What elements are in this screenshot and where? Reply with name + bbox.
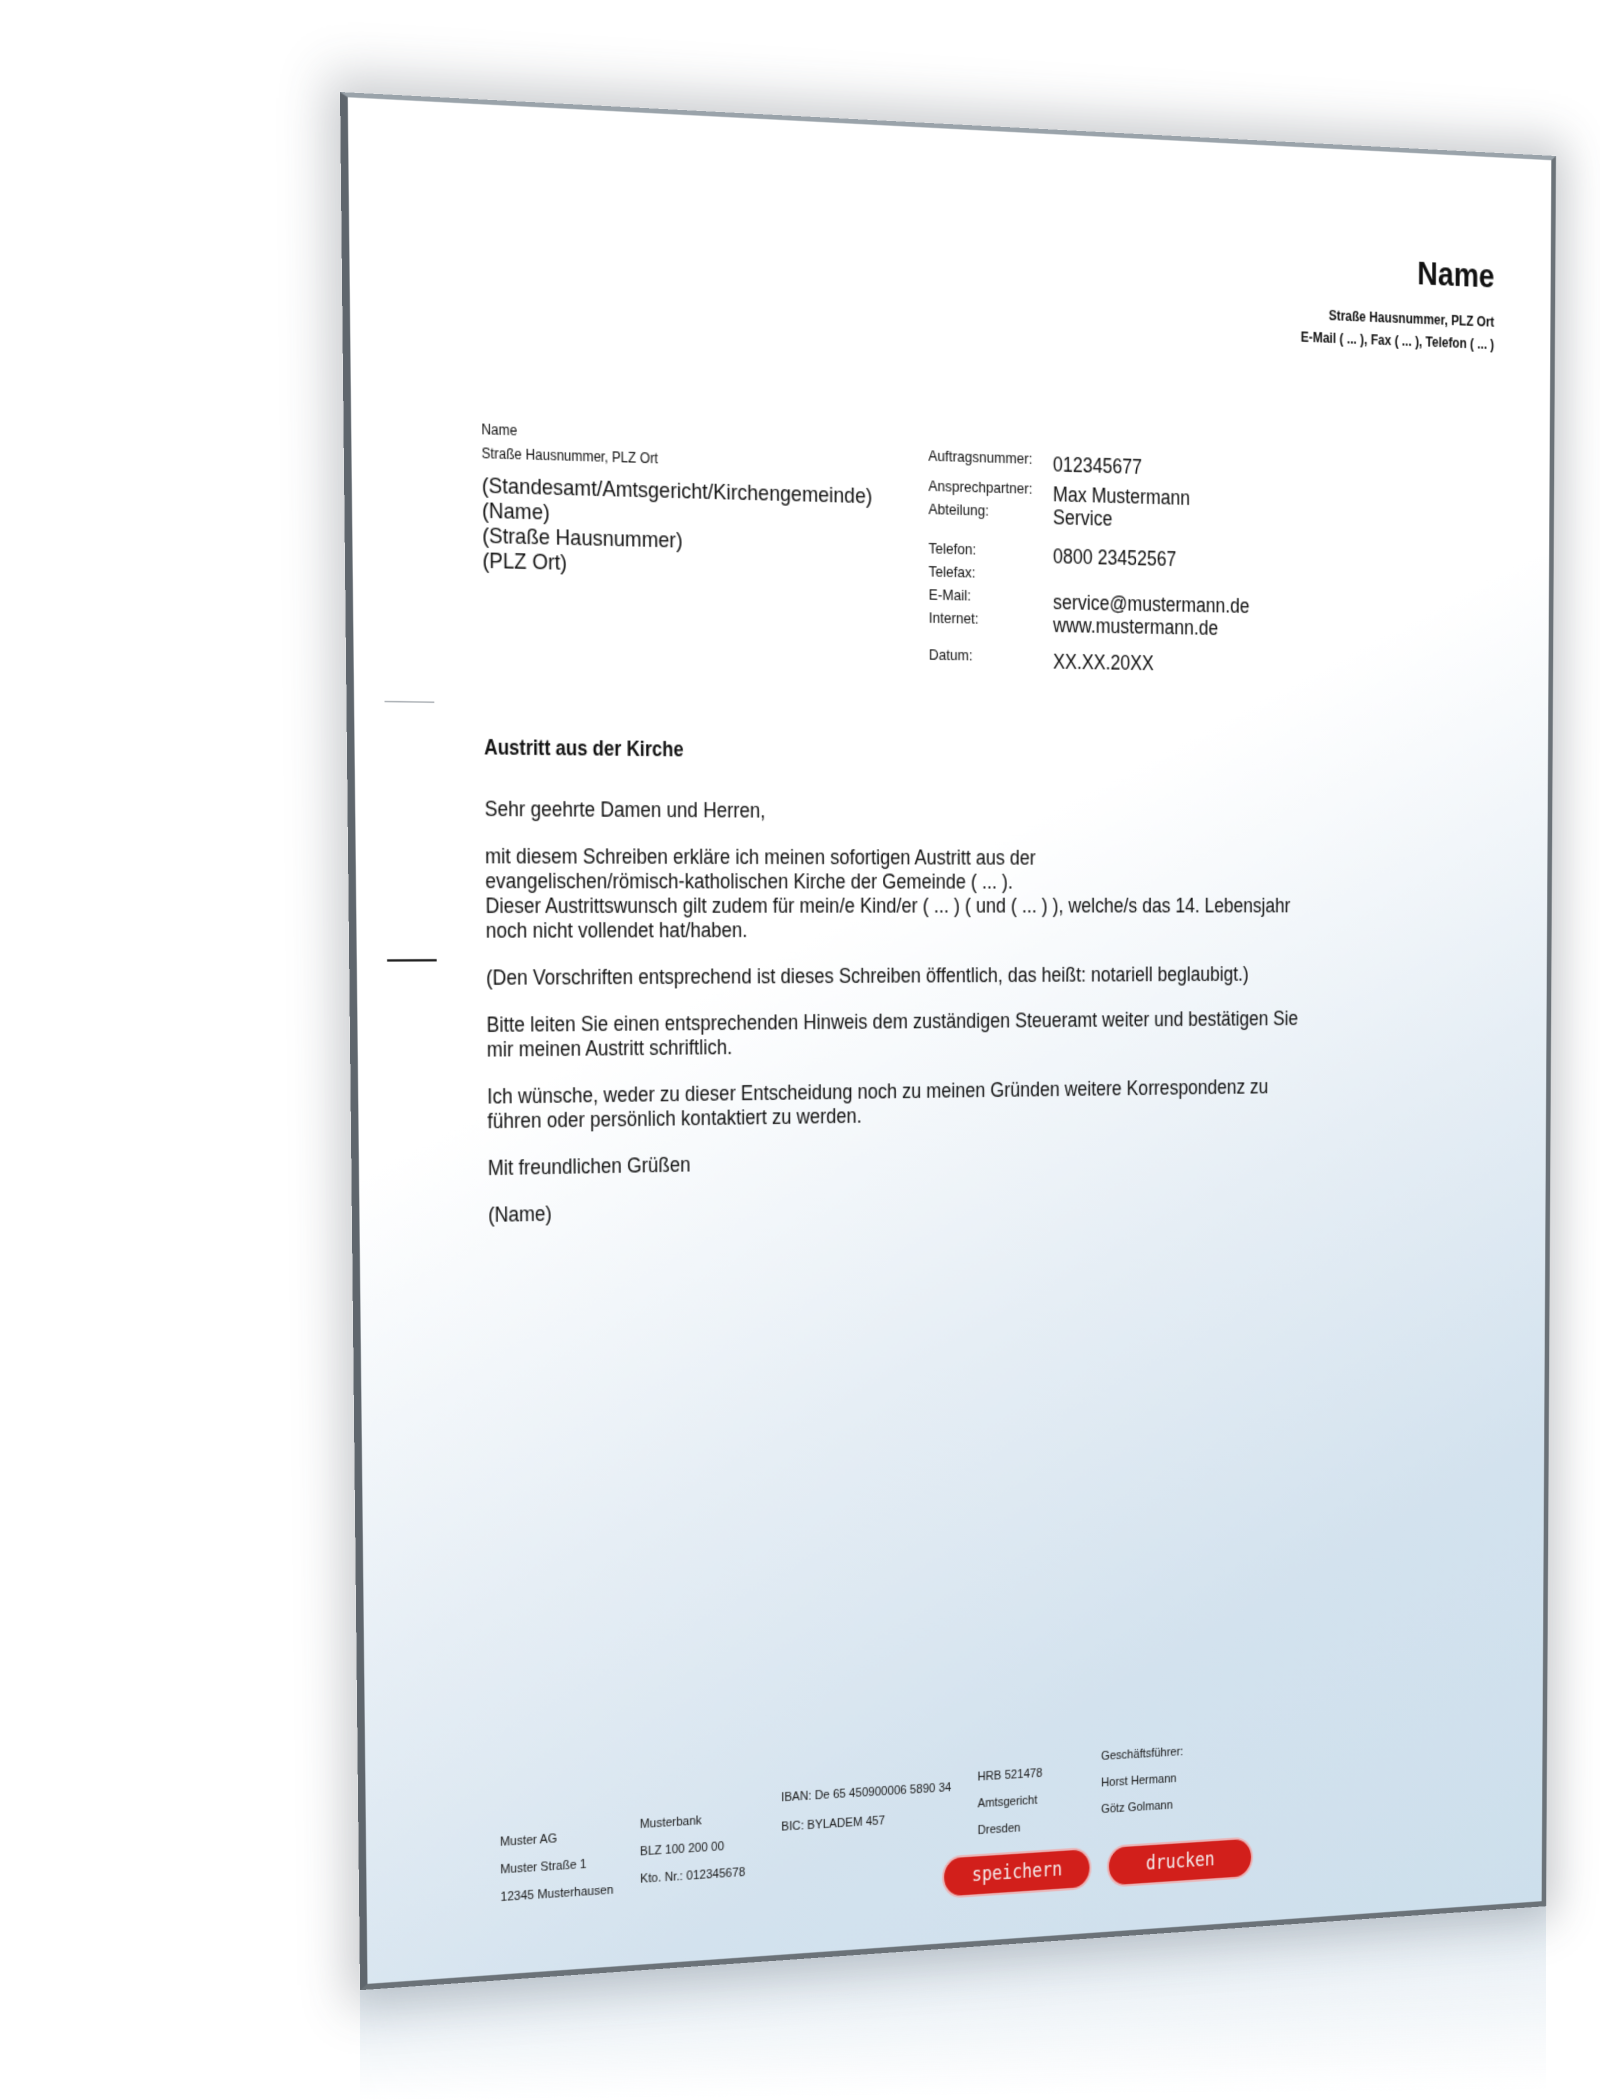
info-label: Internet:	[929, 609, 1049, 629]
info-label: Ansprechpartner:	[928, 477, 1049, 498]
body-line: Dieser Austrittswunsch gilt zudem für me…	[485, 894, 1437, 919]
letter-page: Name Straße Hausnummer, PLZ Ort E-Mail (…	[340, 92, 1556, 1990]
info-label: Auftragsnummer:	[928, 447, 1049, 468]
punch-mark	[387, 959, 437, 962]
footer-line: BIC: BYLADEM 457	[781, 1814, 885, 1834]
body-paragraph-1: mit diesem Schreiben erkläre ich meinen …	[485, 844, 1437, 943]
letterhead-address: Straße Hausnummer, PLZ Ort	[1329, 308, 1495, 331]
info-label: Datum:	[929, 646, 1049, 665]
footer-line: BLZ 100 200 00	[640, 1840, 724, 1859]
save-button[interactable]: speichern	[944, 1849, 1089, 1896]
closing: Mit freundlichen Grüßen	[488, 1141, 1437, 1181]
body-paragraph-4: Ich wünsche, weder zu dieser Entscheidun…	[487, 1073, 1436, 1134]
footer-line: Muster AG	[500, 1832, 557, 1849]
info-label: Telefax:	[929, 563, 1049, 583]
footer-line: Musterbank	[640, 1814, 702, 1831]
body-line: noch nicht vollendet hat/haben.	[486, 918, 1438, 944]
sender-address: Straße Hausnummer, PLZ Ort	[481, 445, 658, 467]
sender-name: Name	[481, 421, 517, 439]
footer-line: HRB 521478	[978, 1767, 1043, 1784]
info-label: Abteilung:	[928, 500, 1049, 521]
footer-line: IBAN: De 65 450900006 5890 34	[781, 1781, 951, 1805]
info-label: Telefon:	[929, 540, 1049, 560]
fold-mark	[385, 701, 435, 703]
footer-line: Horst Hermann	[1101, 1772, 1176, 1790]
footer-line: Dresden	[978, 1821, 1021, 1837]
recipient-address-block: (Standesamt/Amtsgericht/Kirchengemeinde)…	[482, 474, 873, 583]
letterhead-contact: E-Mail ( ... ), Fax ( ... ), Telefon ( .…	[1301, 329, 1494, 352]
document-preview-stage: Name Straße Hausnummer, PLZ Ort E-Mail (…	[0, 0, 1600, 2100]
letterhead-name: Name	[1417, 255, 1494, 297]
footer-line: Kto. Nr.: 012345678	[640, 1866, 745, 1886]
body-paragraph-3: Bitte leiten Sie einen entsprechenden Hi…	[486, 1006, 1436, 1062]
body-line: mit diesem Schreiben erkläre ich meinen …	[485, 844, 1437, 871]
body-line: evangelischen/römisch-katholischen Kirch…	[485, 869, 1437, 894]
info-value: XX.XX.20XX	[1053, 650, 1154, 676]
info-value: 012345677	[1053, 453, 1142, 480]
subject-line: Austritt aus der Kirche	[484, 735, 684, 762]
signature: (Name)	[488, 1185, 1436, 1228]
footer-line: Muster Straße 1	[500, 1858, 586, 1877]
info-value: www.mustermann.de	[1053, 614, 1218, 641]
footer-line: Götz Golmann	[1101, 1799, 1173, 1817]
info-label: E-Mail:	[929, 586, 1049, 606]
footer-line: 12345 Musterhausen	[500, 1883, 613, 1904]
salutation: Sehr geehrte Damen und Herren,	[485, 797, 1438, 827]
body-paragraph-2: (Den Vorschriften entsprechend ist diese…	[486, 962, 1437, 991]
print-button[interactable]: drucken	[1109, 1839, 1251, 1886]
info-value: 0800 23452567	[1053, 545, 1176, 572]
info-value: Service	[1053, 506, 1113, 532]
footer-line: Geschäftsführer:	[1101, 1745, 1183, 1763]
letter-body: Sehr geehrte Damen und Herren, mit diese…	[485, 797, 1438, 1250]
footer-line: Amtsgericht	[978, 1794, 1038, 1811]
